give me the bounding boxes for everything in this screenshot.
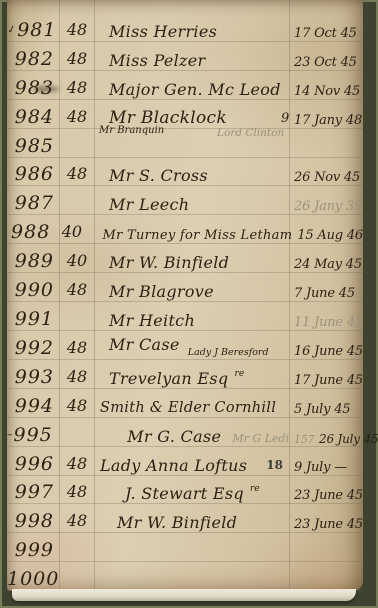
subscriber-name: Mr Turney for Miss Letham	[102, 228, 292, 243]
subscriber-name: Mr G. Case	[127, 427, 221, 446]
entry-number: 987	[15, 192, 54, 214]
fee-value: 48	[59, 80, 95, 98]
ledger-row: 987 Mr Leech 26 Jany 39	[7, 186, 363, 215]
name-cell: Mr G. Case Mr G Ledi	[85, 429, 289, 445]
entry-number: 993	[15, 366, 54, 388]
entry-date: 26 Nov 45	[294, 170, 360, 185]
entry-number-cell: –995	[7, 426, 58, 445]
name-cell: Smith & Elder Cornhill	[95, 399, 289, 416]
name-cell: Mr S. Cross	[95, 168, 289, 184]
name-cell: Mr W. Binfield	[95, 255, 289, 271]
entry-number: 990	[15, 279, 54, 301]
fee-value	[59, 211, 95, 213]
fee-value: 48	[59, 369, 95, 387]
ledger-row: 984 48 Mr Blacklock Mr Branquin Lord Cli…	[7, 100, 363, 129]
ledger-row: 988 40 Mr Turney for Miss Letham 15 Aug …	[7, 215, 363, 244]
date-cell: 17 Oct 45	[289, 27, 363, 40]
entry-number-cell: 988	[7, 223, 55, 242]
entry-date-pencil: 26 Jany 39	[294, 199, 362, 214]
date-cell: 26 Jany 39	[289, 200, 363, 213]
entry-date: 16 June 45	[294, 344, 363, 359]
entry-number-cell: 994	[7, 397, 59, 416]
fee-value	[59, 154, 95, 156]
entry-number-cell: 998	[7, 512, 59, 531]
subscriber-name: J. Stewart Esq	[125, 484, 244, 503]
name-cell: Mr Blacklock Mr Branquin Lord Clinton	[95, 110, 289, 127]
entry-number: 984	[15, 106, 54, 128]
entry-number-cell: 990	[7, 281, 59, 300]
entry-check-mark: –	[7, 428, 13, 441]
fee-value: 48	[59, 484, 95, 502]
entry-date: 7 June 45	[294, 286, 355, 301]
ledger-row: 985	[7, 129, 363, 158]
subscriber-name: Mr S. Cross	[109, 166, 208, 185]
fee-value: 48	[59, 398, 95, 416]
fee-value: 48	[59, 456, 95, 474]
name-sub-annotation-pencil: Lord Clinton	[217, 128, 284, 139]
subscriber-name: Mr W. Binfield	[117, 513, 237, 532]
name-inline-annotation-ink: Lady J Beresford	[188, 347, 269, 358]
name-cell: Mr Turney for Miss Letham	[88, 226, 292, 242]
ledger-row: 983 48 Major Gen. Mc Leod 14 Nov 45	[7, 71, 363, 100]
entry-date: 26 July 45	[319, 432, 378, 446]
name-cell: Major Gen. Mc Leod	[95, 82, 289, 98]
entry-number: 982	[15, 48, 54, 70]
name-cell: Mr Case Lady J Beresford	[95, 337, 289, 358]
date-cell: 7 June 45	[289, 287, 363, 300]
date-cell: 16 June 45	[289, 345, 363, 358]
name-superscript: re	[235, 369, 245, 379]
entry-date: 5 July 45	[294, 402, 350, 417]
subscriber-name: Major Gen. Mc Leod	[109, 80, 281, 99]
name-sub-annotation-ink: Mr Branquin	[99, 126, 164, 136]
date-cell: 14 Nov 45	[289, 85, 363, 98]
subscriber-name: Lady Anna Loftus	[100, 456, 247, 475]
entry-number-cell: 987	[7, 194, 59, 213]
entry-date-pencil: 11 June 45	[294, 315, 363, 330]
name-cell: Mr W. Binfield	[95, 515, 289, 531]
fee-value: 48	[59, 513, 95, 531]
date-cell: 9 July —	[289, 461, 363, 474]
subscriber-name: Mr Blagrove	[109, 282, 214, 301]
entry-number-cell: 982	[7, 50, 59, 69]
entry-number: 985	[15, 135, 54, 157]
date-cell: 26 Nov 45	[289, 171, 363, 184]
pencil-number-annotation: 18	[266, 459, 283, 471]
name-cell: Miss Pelzer	[95, 53, 289, 69]
ledger-row: 993 48 Trevelyan Esq re 17 June 45	[7, 360, 363, 389]
date-cell: 23 June 45	[289, 518, 363, 531]
entry-number: 1000	[7, 568, 59, 590]
subscriber-name: Mr Heitch	[109, 311, 195, 330]
subscriber-name: Mr Case	[109, 335, 180, 354]
ledger-row: ✓981 48 Miss Herries 17 Oct 45	[7, 13, 363, 42]
entry-date: 23 June 45	[294, 488, 363, 503]
fee-value	[58, 443, 85, 445]
ledger-row: 998 48 Mr W. Binfield 23 June 45	[7, 504, 363, 533]
entry-number: 997	[15, 481, 54, 503]
subscriber-name: Smith & Elder Cornhill	[100, 400, 276, 416]
entry-number: 992	[15, 337, 54, 359]
ledger-row: 1000	[7, 562, 363, 591]
entry-number: 988	[11, 221, 50, 243]
subscriber-name: Mr W. Binfield	[109, 253, 229, 272]
entry-check-mark: ✓	[6, 23, 18, 36]
page-bottom-edge	[12, 589, 356, 601]
ledger-row: –995 Mr G. Case Mr G Ledi 157 26 July 45	[7, 418, 363, 447]
fee-value: 48	[59, 166, 95, 184]
entry-number: 998	[15, 510, 54, 532]
fee-value: 40	[59, 253, 95, 271]
entry-date: 17 Jany 48	[294, 113, 362, 128]
entry-number-cell: 991	[7, 310, 59, 329]
date-cell: 24 May 45	[289, 258, 363, 271]
entry-date: 24 May 45	[294, 257, 362, 272]
entry-number-cell: 992	[7, 339, 59, 358]
subscriber-name: Mr Leech	[109, 195, 189, 214]
date-prefix-pencil: 157	[294, 433, 314, 446]
entry-number: 986	[15, 163, 54, 185]
ledger-row: 997 48 J. Stewart Esq re 23 June 45	[7, 476, 363, 505]
entry-number: 995	[14, 424, 53, 446]
date-cell: 23 Oct 45	[289, 56, 363, 69]
entry-number: 989	[15, 250, 54, 272]
entry-date: 17 Oct 45	[294, 26, 357, 41]
entry-number: 994	[15, 395, 54, 417]
fee-value: 48	[59, 340, 95, 358]
entry-number-cell: ✓981	[7, 21, 59, 40]
subscriber-name: Miss Herries	[109, 22, 217, 41]
name-cell: Lady Anna Loftus 18	[95, 458, 289, 474]
date-cell: 17 June 45	[289, 374, 363, 387]
ledger-row: 986 48 Mr S. Cross 26 Nov 45	[7, 158, 363, 187]
entry-number-cell: 986	[7, 165, 59, 184]
ledger-row: 992 48 Mr Case Lady J Beresford 16 June …	[7, 331, 363, 360]
name-cell: J. Stewart Esq re	[95, 485, 289, 502]
date-cell: 11 June 45	[289, 316, 363, 329]
entry-date: 9 July —	[294, 460, 347, 475]
entry-number: 996	[15, 453, 54, 475]
name-cell: Miss Herries	[95, 24, 289, 40]
entry-number-cell: 999	[7, 541, 59, 560]
ledger-row: 996 48 Lady Anna Loftus 18 9 July —	[7, 447, 363, 476]
name-cell: Mr Blagrove	[95, 284, 289, 300]
subscriber-name: Miss Pelzer	[109, 51, 206, 70]
entry-number-cell: 996	[7, 455, 59, 474]
entry-number-cell: 989	[7, 252, 59, 271]
entry-number: 981	[17, 19, 56, 41]
ledger-row: 994 48 Smith & Elder Cornhill 5 July 45	[7, 389, 363, 418]
entry-number-cell: 984	[7, 108, 59, 127]
fee-value	[59, 327, 95, 329]
entry-number-cell: 993	[7, 368, 59, 387]
date-cell: 9 17 Jany 48	[289, 114, 363, 127]
ledger-row: 991 Mr Heitch 11 June 45	[7, 302, 363, 331]
date-cell: 157 26 July 45	[289, 433, 363, 445]
entry-date: 17 June 45	[294, 373, 363, 388]
entry-number: 991	[15, 308, 54, 330]
entry-date: 15 Aug 46	[297, 228, 363, 243]
scan-frame: ✓981 48 Miss Herries 17 Oct 45 982 48 Mi…	[0, 0, 378, 608]
date-cell: 23 June 45	[289, 489, 363, 502]
ledger-page: ✓981 48 Miss Herries 17 Oct 45 982 48 Mi…	[7, 0, 363, 591]
name-inline-annotation-pencil: Mr G Ledi	[232, 432, 289, 445]
subscriber-name: Trevelyan Esq	[109, 369, 228, 388]
name-cell: Mr Leech	[95, 197, 289, 213]
ledger-row: 990 48 Mr Blagrove 7 June 45	[7, 273, 363, 302]
fee-value: 48	[59, 282, 95, 300]
fee-value: 48	[59, 51, 95, 69]
ledger-rows: ✓981 48 Miss Herries 17 Oct 45 982 48 Mi…	[7, 13, 363, 591]
entry-number: 999	[15, 539, 54, 561]
entry-date: 23 June 45	[294, 517, 363, 532]
fee-value	[59, 558, 95, 560]
name-superscript: re	[250, 484, 260, 494]
fee-value: 40	[55, 224, 88, 242]
fee-value: 48	[59, 109, 95, 127]
date-cell: 5 July 45	[289, 403, 363, 416]
ledger-row: 989 40 Mr W. Binfield 24 May 45	[7, 244, 363, 273]
entry-number-cell: 1000	[7, 570, 59, 589]
entry-number-cell: 997	[7, 483, 59, 502]
entry-date: 23 Oct 45	[294, 55, 357, 70]
fee-value: 48	[59, 22, 95, 40]
name-cell: Mr Heitch	[95, 313, 289, 329]
name-cell: Trevelyan Esq re	[95, 370, 289, 387]
date-cell: 15 Aug 46	[292, 229, 363, 242]
ledger-row: 982 48 Miss Pelzer 23 Oct 45	[7, 42, 363, 71]
ledger-row: 999	[7, 533, 363, 562]
entry-date: 14 Nov 45	[294, 84, 360, 99]
entry-number-cell: 985	[7, 137, 59, 156]
